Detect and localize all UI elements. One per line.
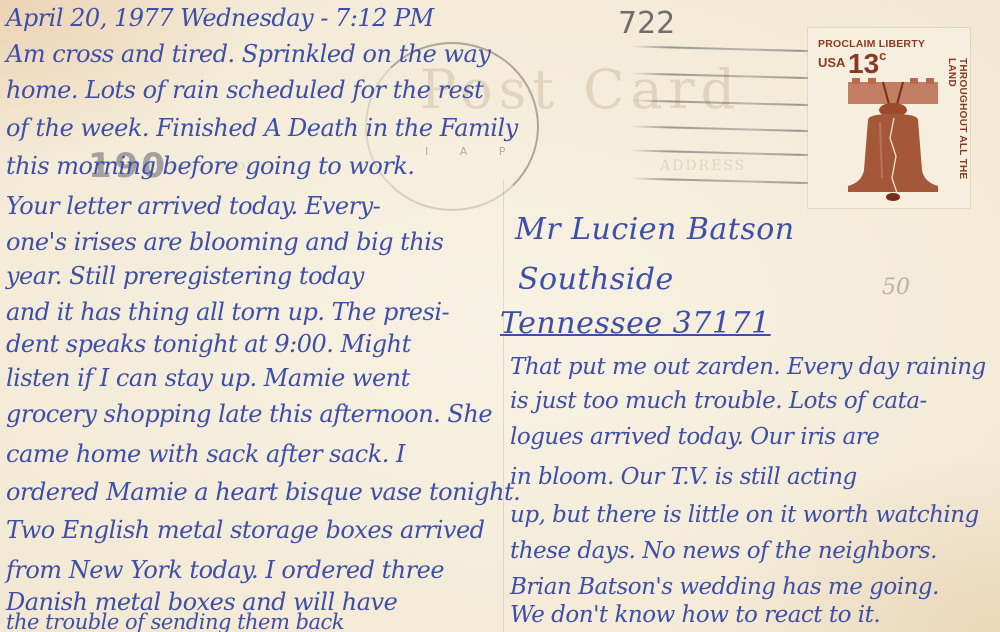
address-city: Southside [518,262,674,297]
message-left-line-4: of the week. Finished A Death in the Fam… [6,114,518,142]
message-left-line-15: Two English metal storage boxes arrived [6,516,485,544]
address-name: Mr Lucien Batson [515,212,795,247]
stamp-text-side: THROUGHOUT ALL THE LAND [956,58,968,203]
stamp-value: 13c [848,48,886,80]
message-left-line-8: year. Still preregistering today [6,262,364,290]
pencil-number-722: 722 [618,6,675,41]
message-left-line-2: Am cross and tired. Sprinkled on the way [6,40,490,68]
stamp-country: USA [818,55,845,70]
message-left-line-1: April 20, 1977 Wednesday - 7:12 PM [6,4,434,32]
message-left-line-12: grocery shopping late this afternoon. Sh… [6,400,492,428]
message-left-line-11: listen if I can stay up. Mamie went [6,364,410,392]
postage-stamp: PROCLAIM LIBERTY USA 13c THROUGHOUT ALL … [808,28,970,208]
message-left-line-18: the trouble of sending them back [6,610,344,632]
message-left-line-3: home. Lots of rain scheduled for the res… [6,76,483,104]
message-left-line-10: dent speaks tonight at 9:00. Might [6,330,411,358]
message-left-line-9: and it has thing all torn up. The presi- [6,298,449,326]
message-left-line-6: Your letter arrived today. Every- [6,192,380,220]
message-right-line-7: Brian Batson's wedding has me going. [510,574,939,600]
message-right-line-2: is just too much trouble. Lots of cata- [510,388,927,414]
pencil-mark-50: 50 [882,275,910,300]
cancellation-lines [630,30,830,190]
center-divider [503,180,504,632]
message-right-line-8: We don't know how to react to it. [510,602,880,628]
postmark-text: I A P [425,145,519,158]
message-right-line-5: up, but there is little on it worth watc… [510,502,979,528]
liberty-bell-icon [838,78,948,203]
message-right-line-6: these days. No news of the neighbors. [510,538,937,564]
message-right-line-1: That put me out zarden. Every day rainin… [510,354,986,380]
stamp-currency: c [879,48,886,63]
message-left-line-13: came home with sack after sack. I [6,440,405,468]
postcard-back: Post Card CORRESPONDENCE ADDRESS I A P 7… [0,0,1000,632]
stamp-value-number: 13 [848,48,879,79]
message-right-line-4: in bloom. Our T.V. is still acting [510,464,857,490]
message-left-line-7: one's irises are blooming and big this [6,228,443,256]
address-state-zip: Tennessee 37171 [500,306,771,341]
message-left-line-16: from New York today. I ordered three [6,556,444,584]
message-right-line-3: logues arrived today. Our iris are [510,424,879,450]
message-left-line-14: ordered Mamie a heart bisque vase tonigh… [6,478,520,506]
message-left-line-4-text: of the week. Finished A Death in the Fam… [6,114,518,142]
message-left-line-5: this morning before going to work. [6,152,414,180]
